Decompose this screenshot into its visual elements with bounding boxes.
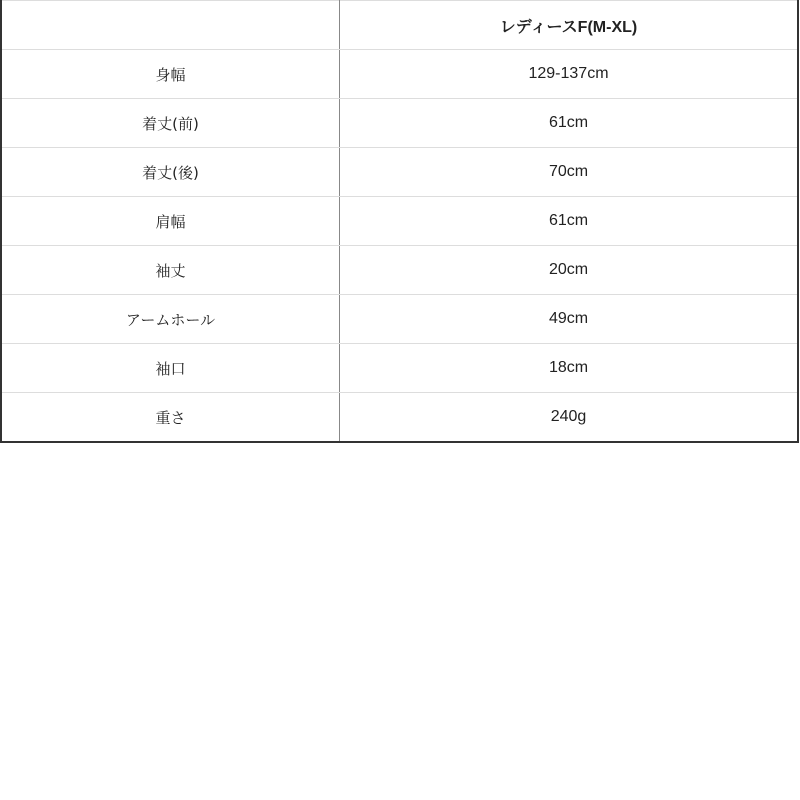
table-row: 重さ 240g — [1, 393, 798, 443]
table-row: 着丈(前) 61cm — [1, 99, 798, 148]
row-value: 20cm — [340, 246, 799, 295]
table-row: 袖口 18cm — [1, 344, 798, 393]
row-label: 重さ — [1, 393, 340, 443]
row-value: 70cm — [340, 148, 799, 197]
row-value: 18cm — [340, 344, 799, 393]
table-row: 肩幅 61cm — [1, 197, 798, 246]
row-label: アームホール — [1, 295, 340, 344]
row-label: 着丈(前) — [1, 99, 340, 148]
header-label-cell — [1, 1, 340, 50]
table-row: 身幅 129-137cm — [1, 50, 798, 99]
row-value: 61cm — [340, 99, 799, 148]
row-value: 240g — [340, 393, 799, 443]
row-label: 袖丈 — [1, 246, 340, 295]
row-label: 袖口 — [1, 344, 340, 393]
header-row: レディースF(M-XL) — [1, 1, 798, 50]
header-size-cell: レディースF(M-XL) — [340, 1, 799, 50]
row-label: 着丈(後) — [1, 148, 340, 197]
table-row: 着丈(後) 70cm — [1, 148, 798, 197]
row-label: 肩幅 — [1, 197, 340, 246]
row-value: 129-137cm — [340, 50, 799, 99]
table-row: アームホール 49cm — [1, 295, 798, 344]
row-value: 49cm — [340, 295, 799, 344]
size-chart-table: レディースF(M-XL) 身幅 129-137cm 着丈(前) 61cm 着丈(… — [0, 0, 799, 443]
table-row: 袖丈 20cm — [1, 246, 798, 295]
row-value: 61cm — [340, 197, 799, 246]
row-label: 身幅 — [1, 50, 340, 99]
